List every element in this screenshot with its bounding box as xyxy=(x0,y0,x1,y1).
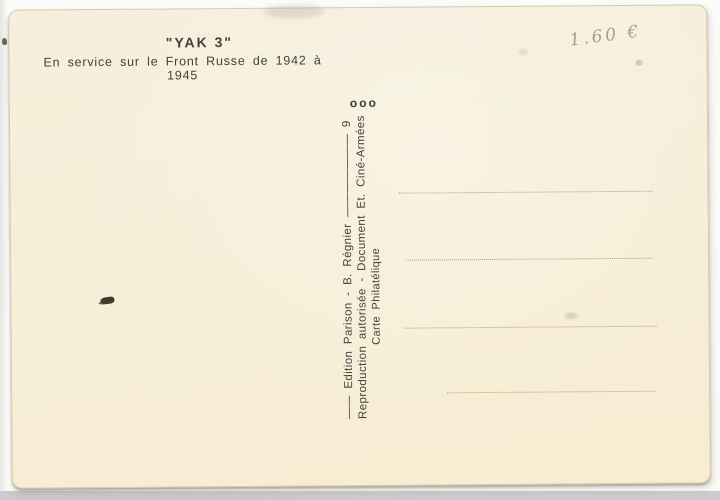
paper-stain xyxy=(636,60,643,66)
scan-speck xyxy=(2,38,7,45)
paper-stain xyxy=(565,312,578,319)
address-line xyxy=(399,191,653,194)
scan-edge-shading xyxy=(0,0,8,500)
address-line xyxy=(447,391,655,394)
publisher-credit-vertical-text: —— Edition Parison - B. Régnier ——————— … xyxy=(341,120,355,419)
scanned-image-background: { "postcard": { "title": "\"YAK 3\"", "s… xyxy=(0,0,720,500)
handwritten-price-note: 1.60 € xyxy=(568,21,642,50)
top-edge-smudge xyxy=(264,4,324,18)
postcard-title: "YAK 3" xyxy=(99,33,299,51)
reproduction-rights-vertical-text: Reproduction autorisée - Document Et. Ci… xyxy=(355,115,369,419)
paper-stain xyxy=(518,49,528,56)
postcard-back: "YAK 3" En service sur le Front Russe de… xyxy=(8,4,711,488)
printer-dots-mark: ooo xyxy=(350,96,378,110)
card-type-vertical-text: Carte Philatélique xyxy=(370,248,383,345)
scan-bottom-strip xyxy=(0,491,720,500)
address-line xyxy=(404,326,657,329)
ink-smudge xyxy=(100,296,115,305)
postcard-subtitle: En service sur le Front Russe de 1942 à … xyxy=(32,53,332,83)
address-line xyxy=(406,258,653,261)
